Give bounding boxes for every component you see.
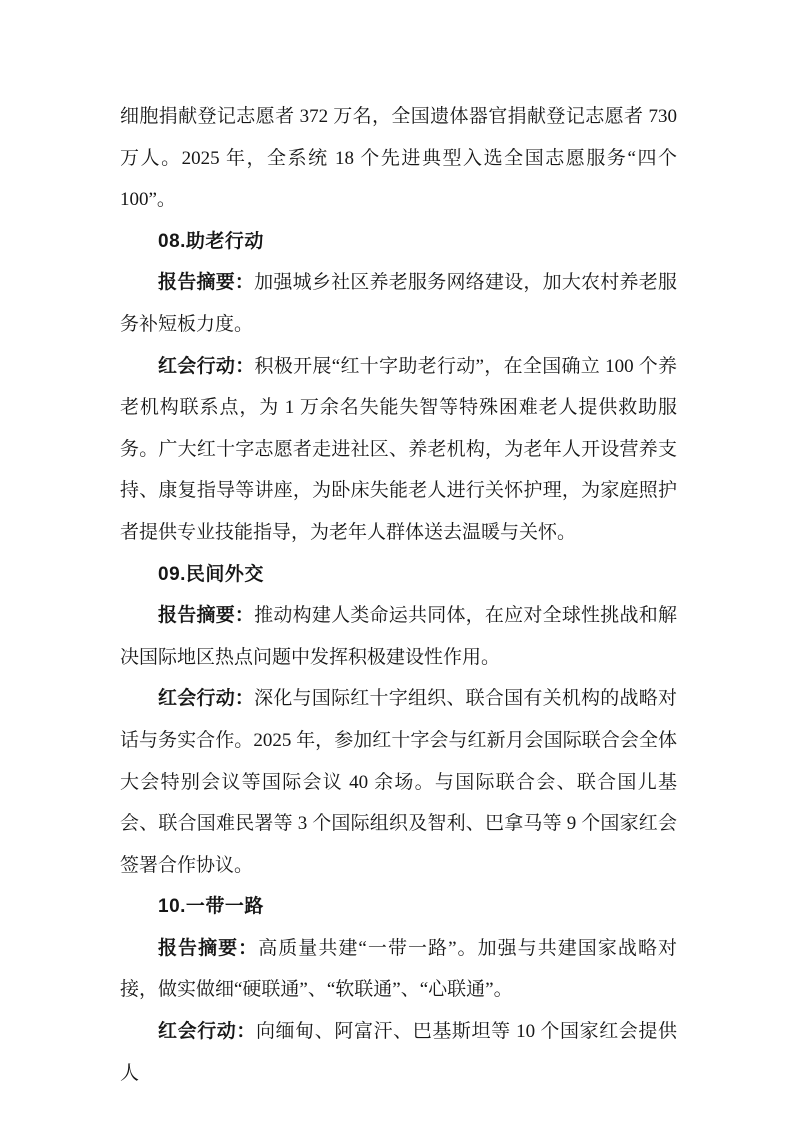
paragraph-continuation: 细胞捐献登记志愿者 372 万名，全国遗体器官捐献登记志愿者 730 万人。20… [120, 96, 677, 221]
paragraph-report-summary-10: 报告摘要：高质量共建“一带一路”。加强与共建国家战略对接，做实做细“硬联通”、“… [120, 928, 677, 1011]
paragraph-text: 深化与国际红十字组织、联合国有关机构的战略对话与务实合作。2025 年，参加红十… [120, 688, 677, 875]
document-page: 细胞捐献登记志愿者 372 万名，全国遗体器官捐献登记志愿者 730 万人。20… [0, 0, 793, 1122]
paragraph-label: 报告摘要： [158, 272, 254, 293]
paragraph-report-summary-09: 报告摘要：推动构建人类命运共同体，在应对全球性挑战和解决国际地区热点问题中发挥积… [120, 595, 677, 678]
paragraph-label: 报告摘要： [158, 938, 258, 959]
section-heading-09: 09.民间外交 [120, 554, 677, 596]
paragraph-report-summary-08: 报告摘要：加强城乡社区养老服务网络建设，加大农村养老服务补短板力度。 [120, 262, 677, 345]
paragraph-label: 红会行动： [158, 356, 255, 377]
paragraph-redcross-action-10: 红会行动：向缅甸、阿富汗、巴基斯坦等 10 个国家红会提供人 [120, 1011, 677, 1094]
paragraph-redcross-action-08: 红会行动：积极开展“红十字助老行动”，在全国确立 100 个养老机构联系点，为 … [120, 346, 677, 554]
section-heading-08: 08.助老行动 [120, 221, 677, 263]
paragraph-text: 细胞捐献登记志愿者 372 万名，全国遗体器官捐献登记志愿者 730 万人。20… [120, 106, 677, 210]
paragraph-label: 红会行动： [158, 1021, 256, 1042]
document-body-text: 细胞捐献登记志愿者 372 万名，全国遗体器官捐献登记志愿者 730 万人。20… [120, 96, 677, 1094]
paragraph-text: 积极开展“红十字助老行动”，在全国确立 100 个养老机构联系点，为 1 万余名… [120, 356, 677, 543]
section-heading-10: 10.一带一路 [120, 886, 677, 928]
paragraph-label: 报告摘要： [158, 605, 254, 626]
paragraph-redcross-action-09: 红会行动：深化与国际红十字组织、联合国有关机构的战略对话与务实合作。2025 年… [120, 678, 677, 886]
paragraph-label: 红会行动： [158, 688, 254, 709]
